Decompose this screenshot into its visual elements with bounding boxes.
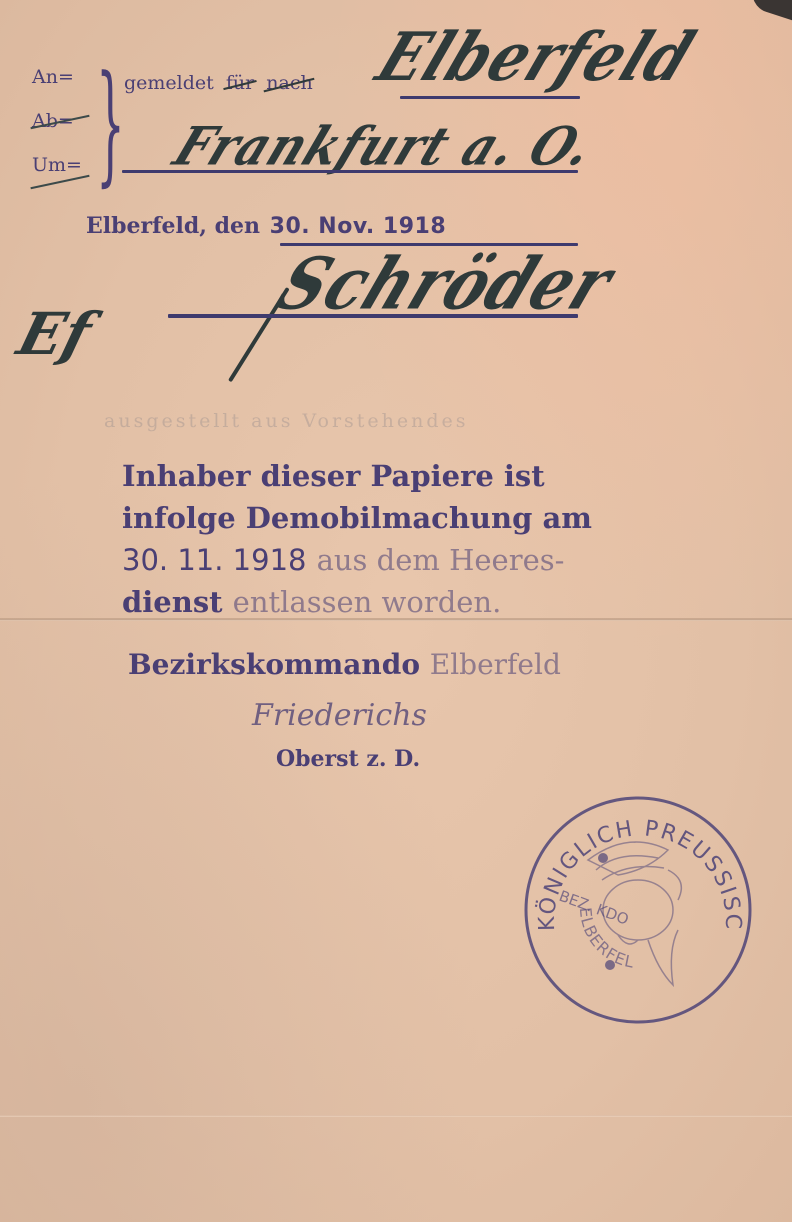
bleed-through-text: ausgestellt aus Vorstehendes bbox=[104, 410, 469, 432]
officer-rank: Oberst z. D. bbox=[276, 746, 420, 772]
discharge-notice: Inhaber dieser Papiere ist infolge Demob… bbox=[122, 455, 612, 623]
curly-brace: } bbox=[96, 58, 125, 188]
discharge-date: 30. 11. 1918 bbox=[122, 543, 306, 577]
torn-corner bbox=[747, 0, 792, 24]
official-seal: KÖNIGLICH PREUSSISCHES ELBERFELD BEZ. KD… bbox=[518, 790, 758, 1030]
document-page: An= Ab= Um= } gemeldet für nach Elberfel… bbox=[0, 0, 792, 1222]
notice-line-1: Inhaber dieser Papiere ist bbox=[122, 455, 612, 497]
seal-outer-text: KÖNIGLICH PREUSSISCHES bbox=[518, 790, 745, 931]
date-stamp: 30. Nov. 1918 bbox=[270, 214, 446, 239]
signature-tail-stroke bbox=[228, 287, 290, 382]
notice-line-4: dienst entlassen worden. bbox=[122, 581, 612, 623]
signature-line bbox=[168, 314, 578, 318]
struck-word-nach: nach bbox=[266, 72, 312, 94]
seal-graphic: KÖNIGLICH PREUSSISCHES ELBERFELD BEZ. KD… bbox=[518, 790, 758, 1030]
prefix-an: An= bbox=[32, 55, 92, 99]
handwritten-place: Elberfeld bbox=[366, 18, 705, 96]
struck-word-fuer: für bbox=[226, 72, 254, 94]
notice-line-3: 30. 11. 1918 aus dem Heeres- bbox=[122, 539, 612, 581]
registration-prefixes: An= Ab= Um= bbox=[32, 55, 92, 187]
handwritten-unit: Frankfurt a. O. bbox=[165, 116, 603, 178]
registered-label: gemeldet für nach bbox=[124, 72, 313, 94]
prefix-um: Um= bbox=[32, 143, 92, 187]
notice-line-2: infolge Demobilmachung am bbox=[122, 497, 612, 539]
fold-crease-lower bbox=[0, 1115, 792, 1117]
underline-stroke bbox=[30, 175, 89, 189]
svg-text:KÖNIGLICH PREUSSISCHES: KÖNIGLICH PREUSSISCHES bbox=[518, 790, 745, 931]
prefix-ab: Ab= bbox=[32, 99, 92, 143]
officer-name: Friederichs bbox=[252, 698, 427, 733]
district-command: Bezirkskommando Elberfeld bbox=[128, 648, 561, 681]
date-line: Elberfeld, den 30. Nov. 1918 bbox=[86, 213, 446, 239]
rule-line-1 bbox=[400, 96, 580, 99]
rule-line-2 bbox=[122, 170, 578, 173]
initial-mark: Ef bbox=[11, 300, 98, 368]
